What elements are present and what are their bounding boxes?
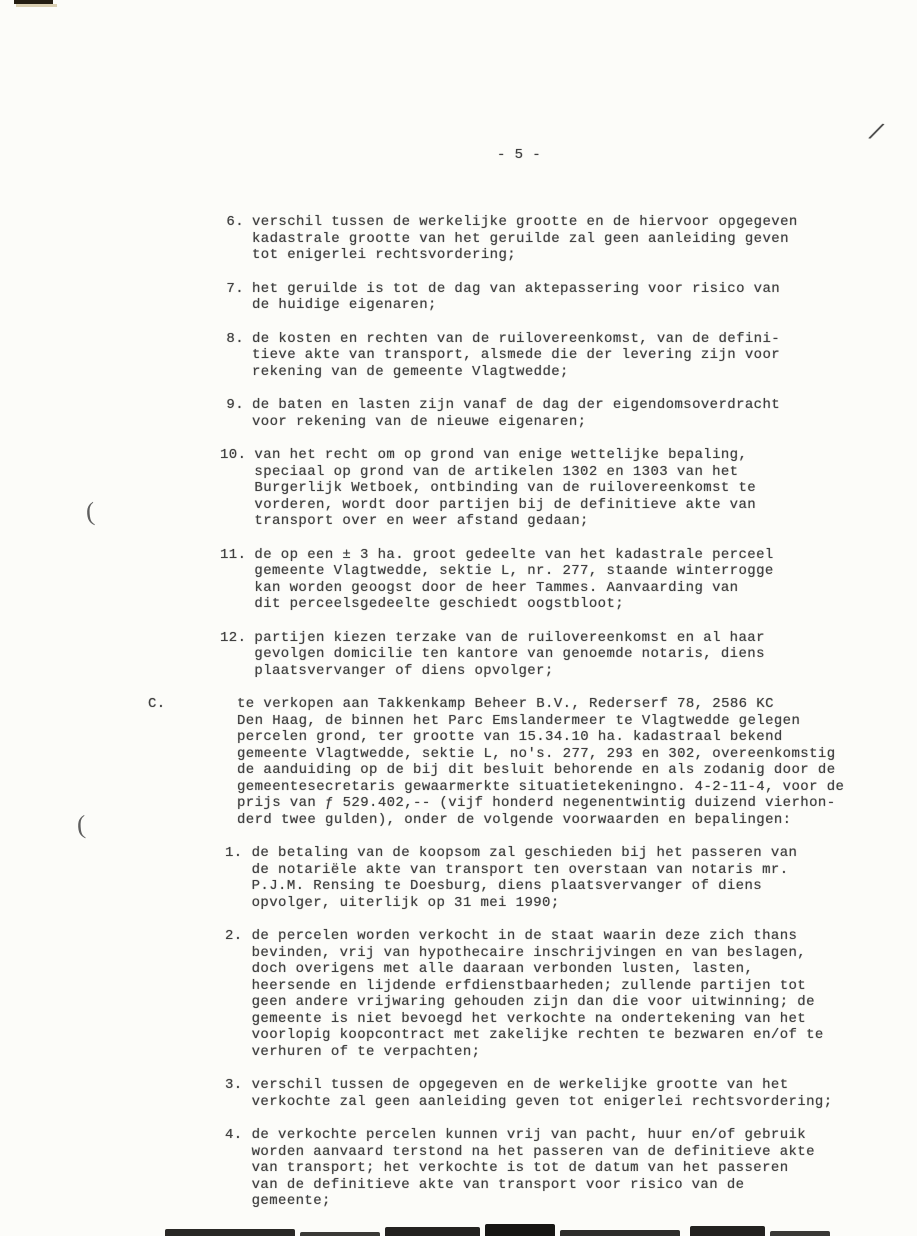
margin-paren-mark: ( [85,504,95,521]
list-item-11: 11. de op een ± 3 ha. groot gedeelte van… [220,547,860,613]
section-label: C. [148,696,237,828]
section-c: C. te verkopen aan Takkenkamp Beheer B.V… [148,696,860,828]
handwritten-slash-mark: / [868,125,884,143]
item-number: 1. [225,845,243,911]
item-text: de kosten en rechten van de ruilovereenk… [252,331,780,381]
document-body: 6. verschil tussen de werkelijke grootte… [148,214,860,1227]
item-text: de betaling van de koopsom zal geschiede… [252,845,798,911]
item-number: 2. [225,928,243,1060]
item-number: 12. [220,630,246,680]
page-number: - 5 - [497,147,541,164]
item-text: van het recht om op grond van enige wett… [254,447,756,530]
item-number: 10. [220,447,246,530]
item-text: de baten en lasten zijn vanaf de dag der… [252,397,780,430]
section-c-item-3: 3. verschil tussen de opgegeven en de we… [225,1077,860,1110]
item-text: het geruilde is tot de dag van aktepasse… [252,281,780,314]
list-item-7: 7. het geruilde is tot de dag van aktepa… [220,281,860,314]
section-c-item-1: 1. de betaling van de koopsom zal geschi… [225,845,860,911]
item-text: de op een ± 3 ha. groot gedeelte van het… [254,547,773,613]
list-item-10: 10. van het recht om op grond van enige … [220,447,860,530]
list-item-12: 12. partijen kiezen terzake van de ruilo… [220,630,860,680]
item-text: verschil tussen de werkelijke grootte en… [252,214,798,264]
item-number: 7. [220,281,244,314]
section-intro-text: te verkopen aan Takkenkamp Beheer B.V., … [237,696,844,828]
item-text: partijen kiezen terzake van de ruilovere… [254,630,764,680]
section-c-item-2: 2. de percelen worden verkocht in de sta… [225,928,860,1060]
margin-paren-mark: ( [77,817,87,834]
item-text: de percelen worden verkocht in de staat … [252,928,824,1060]
item-number: 11. [220,547,246,613]
item-number: 9. [220,397,244,430]
list-item-6: 6. verschil tussen de werkelijke grootte… [220,214,860,264]
list-item-8: 8. de kosten en rechten van de ruilovere… [220,331,860,381]
item-number: 3. [225,1077,243,1110]
scan-artifact-top-smear [16,4,57,7]
item-text: verschil tussen de opgegeven en de werke… [252,1077,833,1110]
section-c-item-4: 4. de verkochte percelen kunnen vrij van… [225,1127,860,1210]
scanned-document-page: - 5 - / ( ( 6. verschil tussen de werkel… [0,0,917,1236]
item-text: de verkochte percelen kunnen vrij van pa… [252,1127,815,1210]
item-number: 6. [220,214,244,264]
item-number: 4. [225,1127,243,1210]
item-number: 8. [220,331,244,381]
list-item-9: 9. de baten en lasten zijn vanaf de dag … [220,397,860,430]
